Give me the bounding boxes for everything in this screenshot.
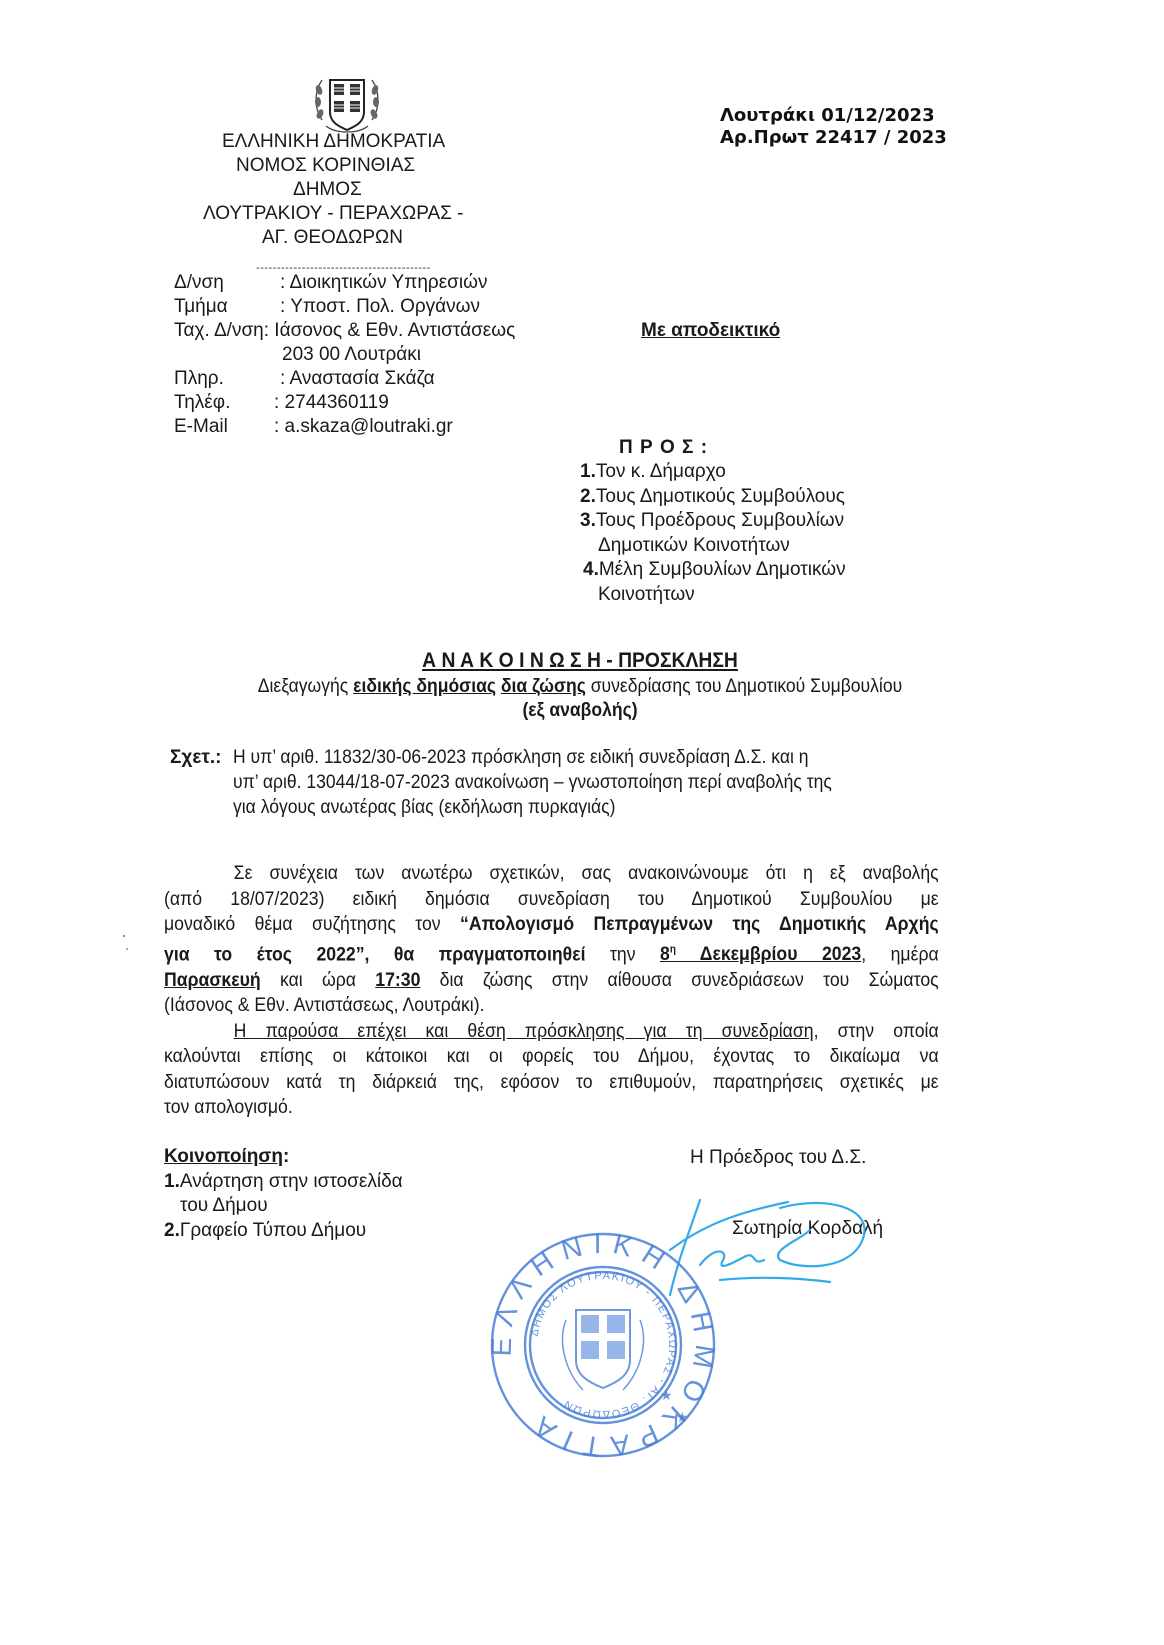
info-label: Τμήμα (174, 295, 280, 319)
body-line: (από 18/07/2023) ειδική δημόσια συνεδρία… (164, 887, 939, 913)
info-row-department: Δ/νση : Διοικητικών Υπηρεσιών (174, 271, 515, 295)
body-line: Σε συνέχεια των ανωτέρω σχετικών, σας αν… (164, 861, 939, 887)
cc-item: 1.Ανάρτηση στην ιστοσελίδα (164, 1170, 403, 1195)
svg-text:★: ★ (660, 1387, 673, 1403)
recipient-item: 4.Μέλη Συμβουλίων Δημοτικών (580, 558, 846, 583)
protocol-number: Αρ.Πρωτ 22417 / 2023 (720, 127, 947, 149)
info-label: E-Mail (174, 415, 274, 439)
recipients-title: Π Ρ Ο Σ : (619, 437, 708, 459)
header-line-3: ΔΗΜΟΣ (293, 178, 362, 202)
header-line-1: ΕΛΛΗΝΙΚΗ ΔΗΜΟΚΡΑΤΙΑ (222, 130, 445, 154)
info-row-postcode: 203 00 Λουτράκι (174, 343, 515, 367)
body-text: , στην οποία (814, 1020, 939, 1042)
recipient-item: 2.Τους Δημοτικούς Συμβούλους (580, 485, 846, 510)
item-number: 4. (583, 559, 599, 580)
info-row-contact: Πληρ. : Αναστασία Σκάζα (174, 367, 515, 391)
info-label (174, 343, 282, 367)
meeting-subject: “Απολογισμό Πεπραγμένων της Δημοτικής Αρ… (460, 913, 939, 935)
info-row-phone: Τηλέφ. : 2744360119 (174, 391, 515, 415)
date-month-year: Δεκεμβρίου 2023 (676, 943, 861, 965)
info-label: Πληρ. (174, 367, 280, 391)
body-line: καλούνται επίσης οι κάτοικοι και οι φορε… (164, 1044, 939, 1070)
cc-title-text: Κοινοποίηση (164, 1146, 283, 1167)
signatory-role: Η Πρόεδρος του Δ.Σ. (690, 1147, 866, 1169)
reference-line: Η υπ’ αριθ. 11832/30-06-2023 πρόσκληση σ… (233, 745, 832, 770)
delivery-method: Με αποδεικτικό (641, 320, 780, 342)
info-row-address: Ταχ. Δ/νση : Ιάσονος & Εθν. Αντιστάσεως (174, 319, 515, 343)
handwritten-signature (660, 1190, 880, 1310)
body-text: και ώρα (261, 969, 376, 991)
meeting-date: 8η Δεκεμβρίου 2023 (660, 943, 861, 965)
cc-block: Κοινοποίηση: 1.Ανάρτηση στην ιστοσελίδα … (164, 1145, 403, 1243)
body-text: , ημέρα (861, 943, 938, 965)
recipient-item-continued: Κοινοτήτων (580, 583, 846, 608)
item-text: Τους Προέδρους Συμβουλίων (596, 510, 844, 531)
body-text: δια ζώσης στην αίθουσα συνεδριάσεων του … (420, 969, 938, 991)
body-line: (Ιάσονος & Εθν. Αντιστάσεως, Λουτράκι). (164, 993, 939, 1019)
meeting-day: Παρασκευή (164, 969, 261, 991)
date-day: 8 (660, 943, 670, 965)
reference-label: Σχετ.: (170, 747, 221, 769)
scan-speck (126, 948, 128, 950)
meeting-time: 17:30 (375, 969, 420, 991)
recipient-item: 3.Τους Προέδρους Συμβουλίων (580, 509, 846, 534)
item-text: Γραφείο Τύπου Δήμου (180, 1220, 366, 1241)
item-number: 3. (580, 510, 596, 531)
recipients-list: 1.Τον κ. Δήμαρχο 2.Τους Δημοτικούς Συμβο… (580, 460, 846, 607)
scan-speck (123, 935, 125, 937)
item-text: Μέλη Συμβουλίων Δημοτικών (599, 559, 846, 580)
info-label: Δ/νση (174, 271, 280, 295)
body-paragraph-1: Σε συνέχεια των ανωτέρω σχετικών, σας αν… (164, 861, 939, 1121)
meeting-subject: για το έτος 2022”, θα πραγματοποιηθεί (164, 943, 585, 965)
body-line: Η παρούσα επέχει και θέση πρόσκλησης για… (164, 1019, 939, 1045)
header-line-4: ΛΟΥΤΡΑΚΙΟΥ - ΠΕΡΑΧΩΡΑΣ - (203, 202, 464, 226)
place-date: Λουτράκι 01/12/2023 (720, 105, 935, 127)
item-number: 2. (164, 1220, 180, 1241)
cc-item: 2.Γραφείο Τύπου Δήμου (164, 1219, 403, 1244)
item-number: 1. (580, 461, 596, 482)
reference-text: Η υπ’ αριθ. 11832/30-06-2023 πρόσκληση σ… (233, 745, 832, 820)
item-text: Τον κ. Δήμαρχο (596, 461, 726, 482)
body-line: Παρασκευή και ώρα 17:30 δια ζώσης στην α… (164, 968, 939, 994)
body-text: μοναδικό θέμα συζήτησης τον (164, 913, 460, 935)
body-line: μοναδικό θέμα συζήτησης τον “Απολογισμό … (164, 912, 939, 938)
cc-title: Κοινοποίηση: (164, 1145, 403, 1170)
document-title-block: Α Ν Α Κ Ο Ι Ν Ω Σ Η - ΠΡΟΣΚΛΗΣΗ Διεξαγωγ… (120, 648, 1040, 722)
body-line: διατυπώσουν κατά τη διάρκειά της, εφόσον… (164, 1070, 939, 1096)
info-value: : Αναστασία Σκάζα (280, 367, 435, 391)
info-value: : Υποστ. Πολ. Οργάνων (280, 295, 480, 319)
recipient-item-continued: Δημοτικών Κοινοτήτων (580, 534, 846, 559)
item-text: Τους Δημοτικούς Συμβούλους (596, 486, 845, 507)
header-line-5: ΑΓ. ΘΕΟΔΩΡΩΝ (262, 226, 403, 250)
reference-line: υπ’ αριθ. 13044/18-07-2023 ανακοίνωση – … (233, 770, 832, 795)
sender-info: Δ/νση : Διοικητικών Υπηρεσιών Τμήμα : Υπ… (174, 271, 515, 439)
info-row-section: Τμήμα : Υποστ. Πολ. Οργάνων (174, 295, 515, 319)
body-line: για το έτος 2022”, θα πραγματοποιηθεί τη… (164, 938, 939, 968)
svg-text:★: ★ (676, 1409, 689, 1425)
info-label: Τηλέφ. (174, 391, 274, 415)
coat-of-arms-emblem (312, 70, 382, 138)
recipient-item: 1.Τον κ. Δήμαρχο (580, 460, 846, 485)
cc-colon: : (283, 1146, 289, 1167)
document-title: Α Ν Α Κ Ο Ι Ν Ω Σ Η - ΠΡΟΣΚΛΗΣΗ (157, 648, 1003, 674)
info-value: : Ιάσονος & Εθν. Αντιστάσεως (264, 319, 516, 343)
document-subtitle-2: (εξ αναβολής) (166, 698, 994, 722)
item-number: 1. (164, 1171, 180, 1192)
document-subtitle: Διεξαγωγής ειδικής δημόσιας δια ζώσης συ… (166, 674, 994, 698)
reference-line: για λόγους ανωτέρας βίας (εκδήλωση πυρκα… (233, 795, 832, 820)
subtitle-emphasis: ειδικής δημόσιας (353, 675, 496, 697)
subtitle-text: συνεδρίασης του Δημοτικού Συμβουλίου (586, 675, 902, 697)
body-line: τον απολογισμό. (164, 1095, 939, 1121)
info-value: : 2744360119 (274, 391, 389, 415)
info-label: Ταχ. Δ/νση (174, 319, 264, 343)
cc-item-continued: του Δήμου (164, 1194, 403, 1219)
body-text: την (585, 943, 660, 965)
info-row-email: E-Mail : a.skaza@loutraki.gr (174, 415, 515, 439)
item-number: 2. (580, 486, 596, 507)
item-text: Ανάρτηση στην ιστοσελίδα (180, 1171, 403, 1192)
info-value: 203 00 Λουτράκι (282, 343, 421, 367)
subtitle-text: Διεξαγωγής (258, 675, 353, 697)
header-line-2: ΝΟΜΟΣ ΚΟΡΙΝΘΙΑΣ (236, 154, 415, 178)
info-value: : Διοικητικών Υπηρεσιών (280, 271, 487, 295)
invitation-statement: Η παρούσα επέχει και θέση πρόσκλησης για… (234, 1020, 814, 1042)
subtitle-emphasis: δια ζώσης (501, 675, 586, 697)
info-value: : a.skaza@loutraki.gr (274, 415, 453, 439)
